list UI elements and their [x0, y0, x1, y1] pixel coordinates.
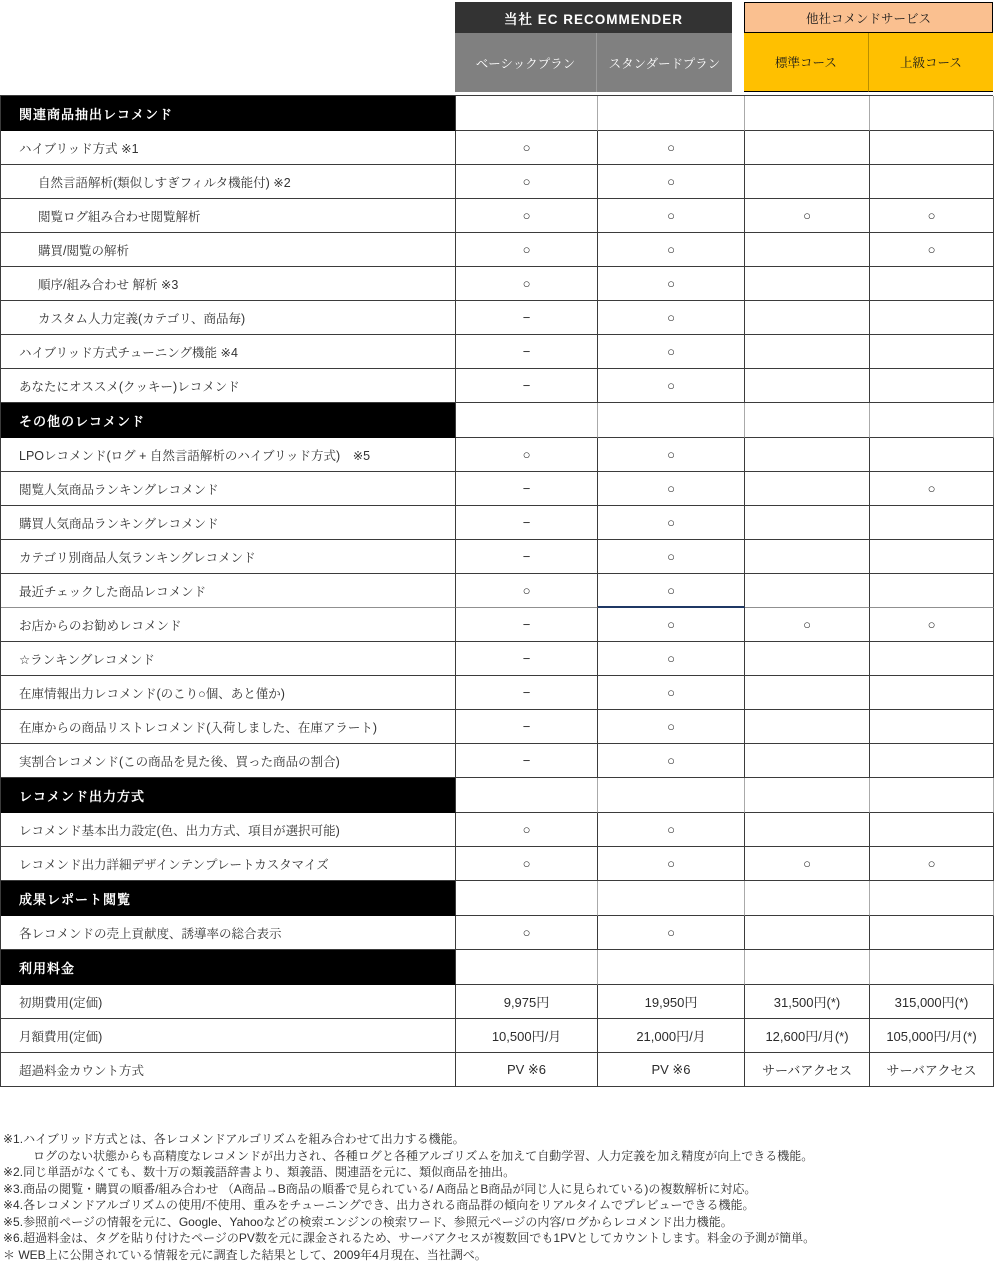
feature-label: カスタム人力定義(カテゴリ、商品毎): [1, 301, 456, 335]
mark-cell: [745, 267, 870, 301]
section-header-row: レコメンド出力方式: [1, 778, 993, 813]
mark-cell: [870, 813, 994, 847]
feature-label: 在庫からの商品リストレコメンド(入荷しました、在庫アラート): [1, 710, 456, 744]
section-empty-cell: [745, 96, 870, 131]
mark-cell: [870, 676, 994, 710]
mark-cell: ○: [598, 676, 745, 710]
mark-cell: 31,500円(*): [745, 985, 870, 1019]
feature-row: レコメンド出力詳細デザインテンプレートカスタマイズ○○○○: [1, 847, 993, 881]
mark-cell: PV ※6: [598, 1053, 745, 1087]
section-empty-cell: [598, 96, 745, 131]
mark-cell: [870, 301, 994, 335]
mark-cell: 21,000円/月: [598, 1019, 745, 1053]
feature-row: ハイブリッド方式チューニング機能 ※4−○: [1, 335, 993, 369]
section-empty-cell: [870, 778, 994, 813]
mark-cell: ○: [598, 335, 745, 369]
section-empty-cell: [870, 96, 994, 131]
mark-cell: ○: [745, 199, 870, 233]
mark-cell: −: [456, 608, 598, 642]
mark-cell: [745, 916, 870, 950]
footnote-line: ※2.同じ単語がなくても、数十万の類義語辞書より、類義語、関連語を元に、類似商品…: [3, 1164, 994, 1181]
mark-cell: ○: [598, 369, 745, 403]
section-title: その他のレコメンド: [1, 403, 456, 438]
our-service-group-header: 当社 EC RECOMMENDER: [455, 2, 732, 33]
feature-label: あなたにオススメ(クッキー)レコメンド: [1, 369, 456, 403]
footnote-line: ※1.ハイブリッド方式とは、各レコメンドアルゴリズムを組み合わせて出力する機能。: [3, 1131, 994, 1148]
mark-cell: ○: [598, 744, 745, 778]
mark-cell: ○: [598, 847, 745, 881]
section-empty-cell: [456, 950, 598, 985]
mark-cell: ○: [745, 608, 870, 642]
mark-cell: [870, 438, 994, 472]
feature-label: 購買/閲覧の解析: [1, 233, 456, 267]
mark-cell: ○: [598, 506, 745, 540]
mark-cell: −: [456, 369, 598, 403]
mark-cell: −: [456, 301, 598, 335]
mark-cell: ○: [456, 131, 598, 165]
feature-row: カテゴリ別商品人気ランキングレコメンド−○: [1, 540, 993, 574]
mark-cell: [870, 916, 994, 950]
service-group-header-row: 当社 EC RECOMMENDER 他社コメンドサービス: [0, 2, 994, 33]
feature-row: 月額費用(定価)10,500円/月21,000円/月12,600円/月(*)10…: [1, 1019, 993, 1053]
feature-row: 超過料金カウント方式PV ※6PV ※6サーバアクセスサーバアクセス: [1, 1053, 993, 1087]
mark-cell: 315,000円(*): [870, 985, 994, 1019]
mark-cell: ○: [870, 199, 994, 233]
mark-cell: [870, 710, 994, 744]
feature-row: ハイブリッド方式 ※1○○: [1, 131, 993, 165]
mark-cell: ○: [598, 916, 745, 950]
feature-label: レコメンド出力詳細デザインテンプレートカスタマイズ: [1, 847, 456, 881]
feature-label: LPOレコメンド(ログ + 自然言語解析のハイブリッド方式) ※5: [1, 438, 456, 472]
feature-label: 初期費用(定価): [1, 985, 456, 1019]
mark-cell: ○: [598, 574, 745, 608]
feature-label: ハイブリッド方式 ※1: [1, 131, 456, 165]
footnotes: ※1.ハイブリッド方式とは、各レコメンドアルゴリズムを組み合わせて出力する機能。…: [0, 1131, 994, 1263]
mark-cell: [870, 540, 994, 574]
mark-cell: [745, 574, 870, 608]
section-title: 成果レポート閲覧: [1, 881, 456, 916]
footnote-line: ログのない状態からも高精度なレコメンドが出力され、各種ログと各種アルゴリズムを加…: [3, 1148, 994, 1165]
mark-cell: 19,950円: [598, 985, 745, 1019]
feature-label: 購買人気商品ランキングレコメンド: [1, 506, 456, 540]
mark-cell: ○: [598, 131, 745, 165]
mark-cell: [745, 438, 870, 472]
mark-cell: サーバアクセス: [745, 1053, 870, 1087]
section-empty-cell: [598, 950, 745, 985]
mark-cell: ○: [456, 438, 598, 472]
feature-label: 閲覧ログ組み合わせ閲覧解析: [1, 199, 456, 233]
mark-cell: 9,975円: [456, 985, 598, 1019]
section-empty-cell: [745, 881, 870, 916]
feature-comparison-table: 関連商品抽出レコメンドハイブリッド方式 ※1○○自然言語解析(類似しすぎフィルタ…: [0, 95, 993, 1087]
section-empty-cell: [745, 950, 870, 985]
mark-cell: [745, 335, 870, 369]
section-header-row: 成果レポート閲覧: [1, 881, 993, 916]
mark-cell: ○: [598, 642, 745, 676]
mark-cell: ○: [598, 267, 745, 301]
mark-cell: ○: [456, 199, 598, 233]
feature-label: 各レコメンドの売上貢献度、誘導率の総合表示: [1, 916, 456, 950]
mark-cell: ○: [456, 165, 598, 199]
mark-cell: ○: [870, 233, 994, 267]
footnote-line: ※4.各レコメンドアルゴリズムの使用/不使用、重みをチューニングでき、出力される…: [3, 1197, 994, 1214]
mark-cell: ○: [456, 267, 598, 301]
feature-label: 自然言語解析(類似しすぎフィルタ機能付) ※2: [1, 165, 456, 199]
mark-cell: [870, 335, 994, 369]
feature-label: 在庫情報出力レコメンド(のこり○個、あと僅か): [1, 676, 456, 710]
section-empty-cell: [870, 881, 994, 916]
feature-label: 超過料金カウント方式: [1, 1053, 456, 1087]
feature-row: 順序/組み合わせ 解析 ※3○○: [1, 267, 993, 301]
mark-cell: ○: [870, 608, 994, 642]
feature-label: お店からのお勧めレコメンド: [1, 608, 456, 642]
section-empty-cell: [870, 403, 994, 438]
feature-row: 購買/閲覧の解析○○○: [1, 233, 993, 267]
header-spacer: [0, 33, 455, 92]
mark-cell: 10,500円/月: [456, 1019, 598, 1053]
section-title: レコメンド出力方式: [1, 778, 456, 813]
section-empty-cell: [456, 403, 598, 438]
feature-row: ☆ランキングレコメンド−○: [1, 642, 993, 676]
mark-cell: [870, 369, 994, 403]
mark-cell: −: [456, 506, 598, 540]
mark-cell: [745, 744, 870, 778]
mark-cell: ○: [598, 608, 745, 642]
feature-label: 閲覧人気商品ランキングレコメンド: [1, 472, 456, 506]
feature-row: 購買人気商品ランキングレコメンド−○: [1, 506, 993, 540]
mark-cell: ○: [745, 847, 870, 881]
footnote-line: ＊ WEB上に公開されている情報を元に調査した結果として、2009年4月現在、当…: [3, 1247, 994, 1264]
feature-row: レコメンド基本出力設定(色、出力方式、項目が選択可能)○○: [1, 813, 993, 847]
section-header-row: 関連商品抽出レコメンド: [1, 96, 993, 131]
header-spacer: [0, 2, 455, 33]
mark-cell: [745, 233, 870, 267]
mark-cell: [870, 506, 994, 540]
other-service-group-header: 他社コメンドサービス: [744, 2, 993, 33]
mark-cell: [745, 710, 870, 744]
mark-cell: −: [456, 335, 598, 369]
feature-row: 自然言語解析(類似しすぎフィルタ機能付) ※2○○: [1, 165, 993, 199]
mark-cell: ○: [598, 165, 745, 199]
mark-cell: ○: [598, 438, 745, 472]
feature-label: 月額費用(定価): [1, 1019, 456, 1053]
mark-cell: [745, 642, 870, 676]
mark-cell: −: [456, 676, 598, 710]
mark-cell: −: [456, 642, 598, 676]
section-empty-cell: [598, 778, 745, 813]
mark-cell: ○: [598, 233, 745, 267]
mark-cell: [745, 472, 870, 506]
section-empty-cell: [456, 778, 598, 813]
mark-cell: 12,600円/月(*): [745, 1019, 870, 1053]
mark-cell: [870, 267, 994, 301]
section-empty-cell: [456, 96, 598, 131]
course-header-standard: 標準コース: [744, 33, 869, 92]
mark-cell: [745, 301, 870, 335]
feature-row: LPOレコメンド(ログ + 自然言語解析のハイブリッド方式) ※5○○: [1, 438, 993, 472]
plan-header-basic: ベーシックプラン: [455, 33, 597, 92]
mark-cell: ○: [870, 472, 994, 506]
feature-row: カスタム人力定義(カテゴリ、商品毎)−○: [1, 301, 993, 335]
mark-cell: サーバアクセス: [870, 1053, 994, 1087]
plan-header-row: ベーシックプラン スタンダードプラン 標準コース 上級コース: [0, 33, 994, 92]
feature-label: レコメンド基本出力設定(色、出力方式、項目が選択可能): [1, 813, 456, 847]
section-header-row: 利用料金: [1, 950, 993, 985]
feature-label: 実割合レコメンド(この商品を見た後、買った商品の割合): [1, 744, 456, 778]
section-title: 関連商品抽出レコメンド: [1, 96, 456, 131]
feature-label: 最近チェックした商品レコメンド: [1, 574, 456, 608]
mark-cell: −: [456, 472, 598, 506]
footnote-line: ※6.超過料金は、タグを貼り付けたページのPV数を元に課金されるため、サーバアク…: [3, 1230, 994, 1247]
mark-cell: [870, 744, 994, 778]
feature-row: 最近チェックした商品レコメンド○○: [1, 574, 993, 608]
section-empty-cell: [456, 881, 598, 916]
mark-cell: −: [456, 744, 598, 778]
section-empty-cell: [598, 403, 745, 438]
feature-label: カテゴリ別商品人気ランキングレコメンド: [1, 540, 456, 574]
mark-cell: [745, 540, 870, 574]
mark-cell: −: [456, 710, 598, 744]
mark-cell: [870, 131, 994, 165]
feature-row: お店からのお勧めレコメンド−○○○: [1, 608, 993, 642]
plan-header-standard: スタンダードプラン: [597, 33, 732, 92]
mark-cell: ○: [598, 540, 745, 574]
header-gap: [732, 2, 744, 33]
feature-label: ☆ランキングレコメンド: [1, 642, 456, 676]
mark-cell: ○: [456, 916, 598, 950]
feature-row: あなたにオススメ(クッキー)レコメンド−○: [1, 369, 993, 403]
section-empty-cell: [745, 778, 870, 813]
mark-cell: ○: [598, 199, 745, 233]
mark-cell: ○: [456, 233, 598, 267]
course-header-advanced: 上級コース: [869, 33, 993, 92]
mark-cell: ○: [598, 472, 745, 506]
header-gap: [732, 33, 744, 92]
feature-label: ハイブリッド方式チューニング機能 ※4: [1, 335, 456, 369]
mark-cell: ○: [870, 847, 994, 881]
mark-cell: [745, 676, 870, 710]
section-header-row: その他のレコメンド: [1, 403, 993, 438]
mark-cell: [745, 131, 870, 165]
mark-cell: [745, 506, 870, 540]
mark-cell: [745, 369, 870, 403]
mark-cell: −: [456, 540, 598, 574]
plan-comparison-page: 当社 EC RECOMMENDER 他社コメンドサービス ベーシックプラン スタ…: [0, 2, 994, 1288]
mark-cell: [870, 165, 994, 199]
section-empty-cell: [745, 403, 870, 438]
feature-row: 閲覧人気商品ランキングレコメンド−○○: [1, 472, 993, 506]
mark-cell: ○: [456, 813, 598, 847]
section-title: 利用料金: [1, 950, 456, 985]
mark-cell: PV ※6: [456, 1053, 598, 1087]
feature-row: 在庫情報出力レコメンド(のこり○個、あと僅か)−○: [1, 676, 993, 710]
mark-cell: [745, 165, 870, 199]
footnote-line: ※3.商品の閲覧・購買の順番/組み合わせ （A商品→B商品の順番で見られている/…: [3, 1181, 994, 1198]
section-empty-cell: [870, 950, 994, 985]
mark-cell: ○: [598, 710, 745, 744]
feature-row: 実割合レコメンド(この商品を見た後、買った商品の割合)−○: [1, 744, 993, 778]
mark-cell: [745, 813, 870, 847]
mark-cell: [870, 642, 994, 676]
mark-cell: ○: [456, 847, 598, 881]
mark-cell: [870, 574, 994, 608]
section-empty-cell: [598, 881, 745, 916]
feature-row: 各レコメンドの売上貢献度、誘導率の総合表示○○: [1, 916, 993, 950]
feature-row: 初期費用(定価)9,975円19,950円31,500円(*)315,000円(…: [1, 985, 993, 1019]
mark-cell: ○: [456, 574, 598, 608]
feature-row: 閲覧ログ組み合わせ閲覧解析○○○○: [1, 199, 993, 233]
mark-cell: ○: [598, 813, 745, 847]
mark-cell: ○: [598, 301, 745, 335]
feature-row: 在庫からの商品リストレコメンド(入荷しました、在庫アラート)−○: [1, 710, 993, 744]
footnote-line: ※5.参照前ページの情報を元に、Google、Yahooなどの検索エンジンの検索…: [3, 1214, 994, 1231]
mark-cell: 105,000円/月(*): [870, 1019, 994, 1053]
feature-label: 順序/組み合わせ 解析 ※3: [1, 267, 456, 301]
